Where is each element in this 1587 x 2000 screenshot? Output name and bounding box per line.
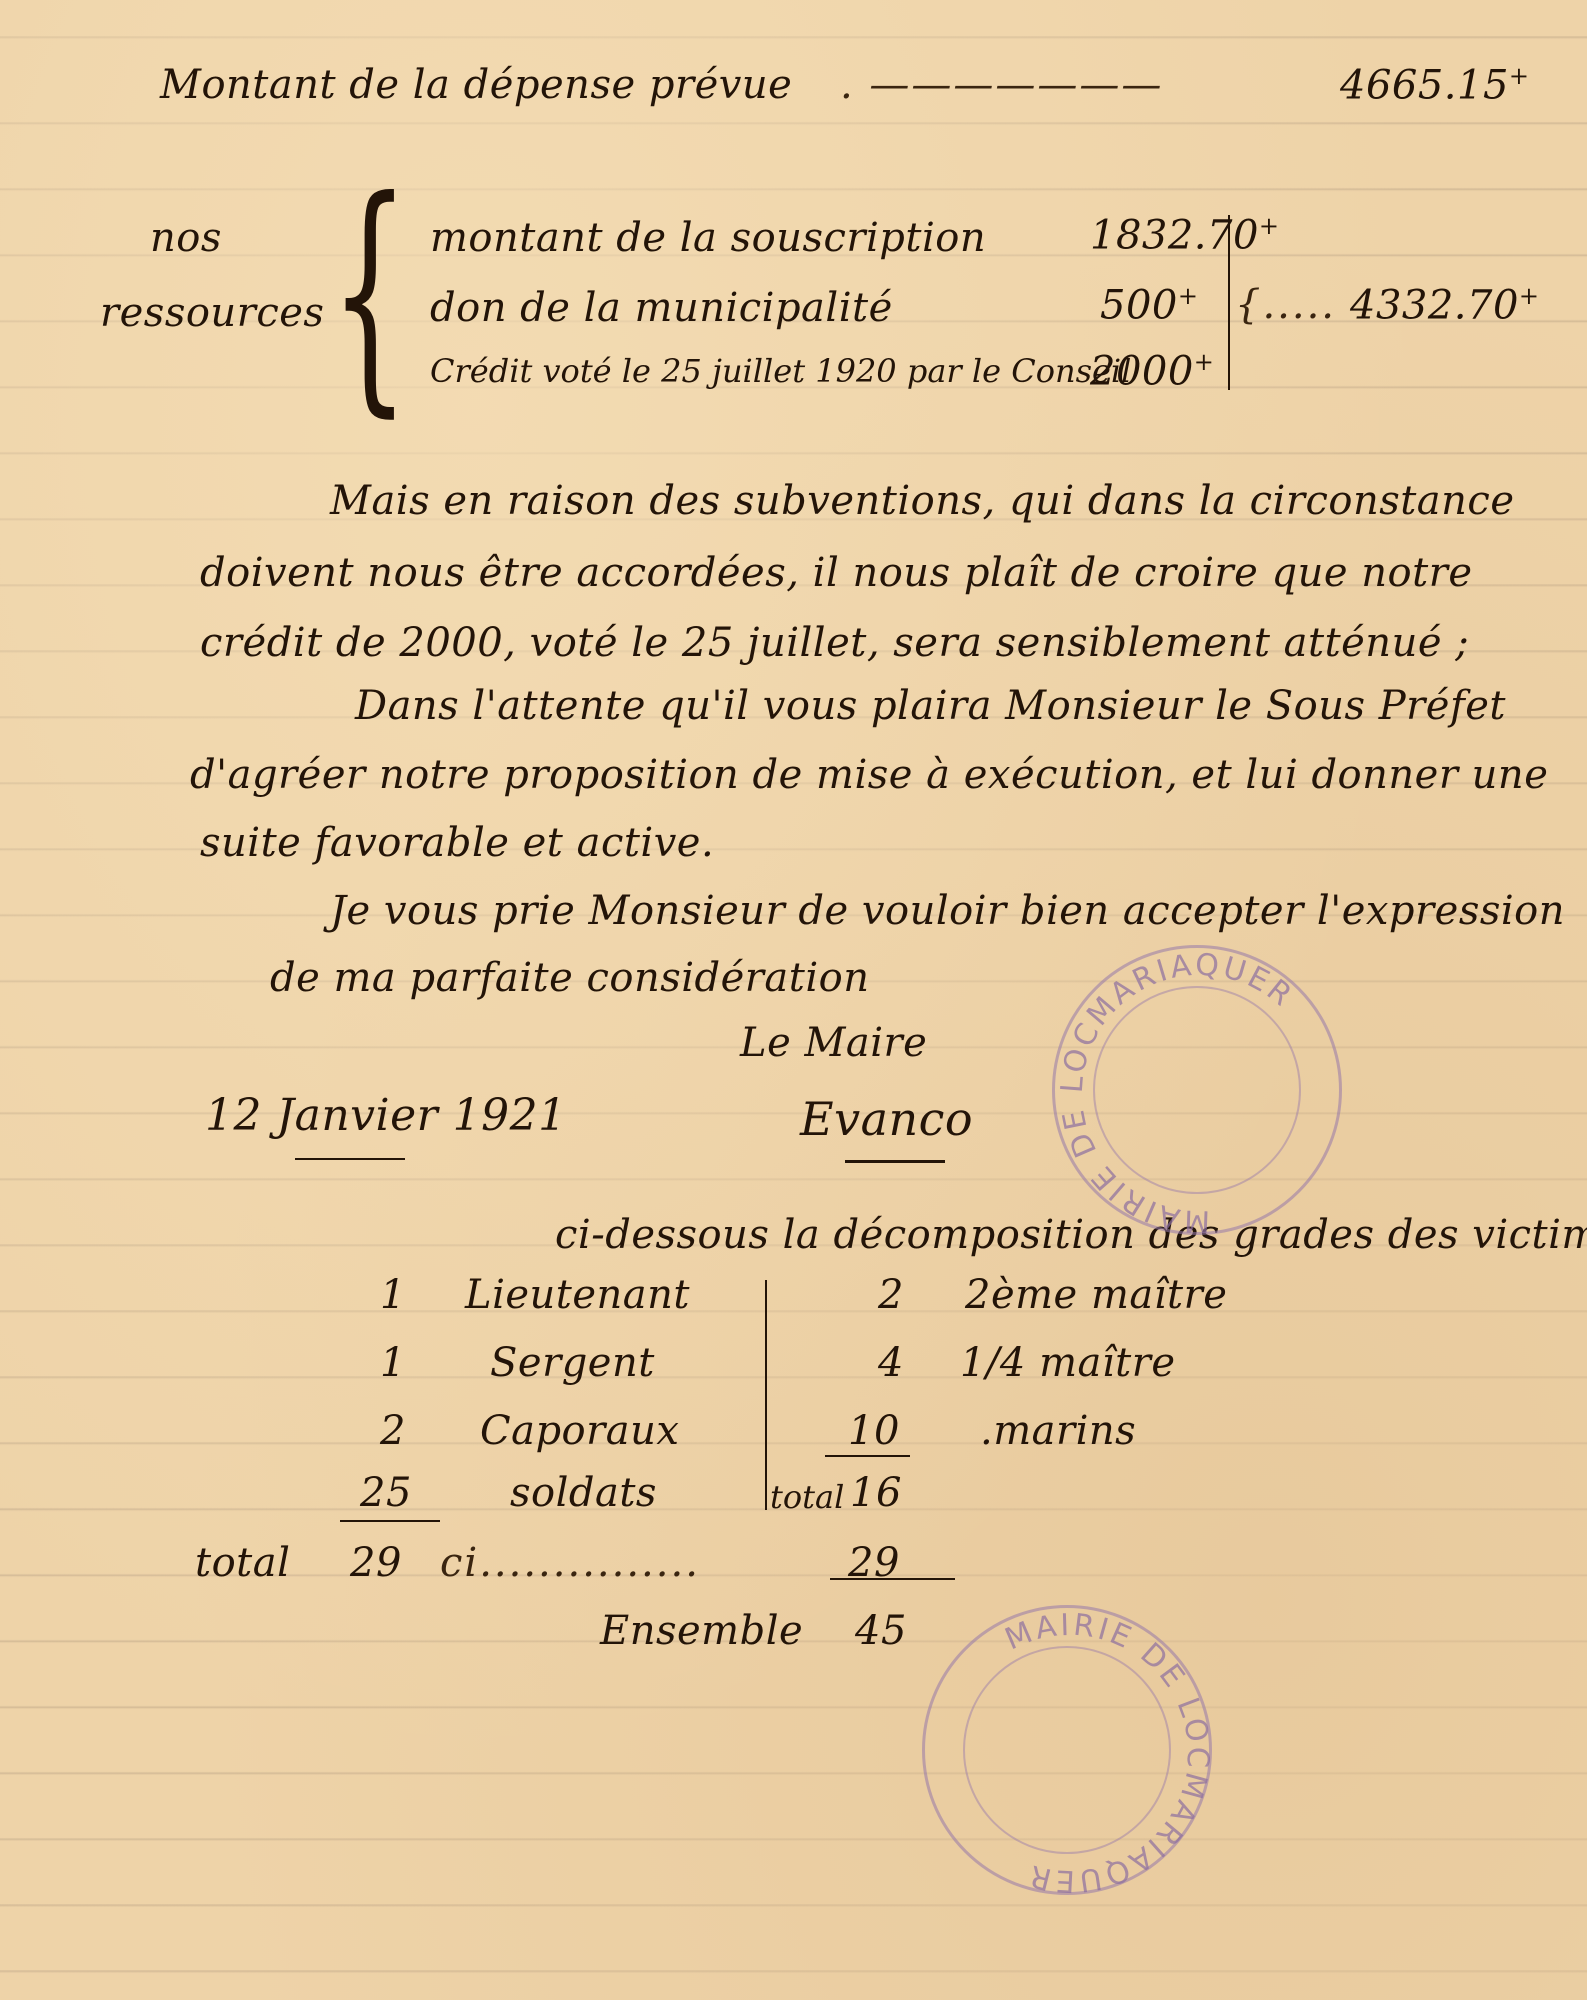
resources-label-line2: ressources: [100, 290, 324, 336]
resource-label-3: Crédit voté le 25 juillet 1920 par le Co…: [430, 352, 1131, 390]
signature-title: Le Maire: [740, 1020, 927, 1066]
army-grade-2: Sergent: [490, 1340, 655, 1386]
army-total: 29: [350, 1540, 402, 1586]
paragraph-1-line-2: doivent nous être accordées, il nous pla…: [200, 550, 1473, 596]
army-grade-3: Caporaux: [480, 1408, 679, 1454]
svg-text:MAIRIE DE LOCMARIAQUER: MAIRIE DE LOCMARIAQUER: [925, 1608, 1215, 1898]
resource-amount-2: 500+: [1100, 282, 1198, 328]
resources-total-leader: {.....: [1235, 282, 1336, 328]
grand-total: 45: [855, 1608, 907, 1654]
signature-date: 12 Janvier 1921: [205, 1090, 567, 1141]
grand-sum-line: [830, 1578, 955, 1580]
resources-total-value: 4332.70: [1350, 282, 1519, 328]
navy-grade-3: .marins: [980, 1408, 1136, 1454]
grand-total-label: Ensemble: [600, 1608, 803, 1654]
resource-amount-3-mark: +: [1194, 348, 1215, 376]
resources-total-mark: +: [1519, 282, 1540, 310]
resource-amount-1-value: 1832.70: [1090, 212, 1259, 258]
paragraph-3-line-2: de ma parfaite considération: [270, 955, 870, 1001]
paragraph-2-line-2: d'agréer notre proposition de mise à exé…: [190, 752, 1548, 798]
wavy-divider: [765, 1280, 767, 1510]
paragraph-1-line-1: Mais en raison des subventions, qui dans…: [330, 478, 1514, 524]
resource-label-1: montant de la souscription: [430, 215, 986, 261]
army-grade-4: soldats: [510, 1470, 657, 1516]
resource-amount-3: 2000+: [1090, 348, 1214, 394]
mairie-stamp-lower: MAIRIE DE LOCMARIAQUER: [922, 1605, 1212, 1895]
resources-total: 4332.70+: [1350, 282, 1540, 328]
signature-name: Evanco: [800, 1092, 973, 1146]
expense-amount-mark: +: [1509, 62, 1530, 90]
resource-amount-1-mark: +: [1259, 212, 1280, 240]
resource-amount-2-value: 500: [1100, 282, 1178, 328]
resource-label-2: don de la municipalité: [430, 285, 893, 331]
expense-leader: . ———————: [840, 62, 1163, 108]
army-count-3: 2: [380, 1408, 406, 1454]
paragraph-2-line-3: suite favorable et active.: [200, 820, 714, 866]
stamp-text-ring: MAIRIE DE LOCMARIAQUER: [1055, 948, 1345, 1238]
date-underline: [295, 1158, 405, 1160]
paragraph-2-line-1: Dans l'attente qu'il vous plaira Monsieu…: [355, 683, 1506, 729]
mairie-stamp-upper: MAIRIE DE LOCMARIAQUER: [1052, 945, 1342, 1235]
right-bracket-line: [1228, 215, 1230, 390]
army-sum-line: [340, 1520, 440, 1522]
paragraph-3-line-1: Je vous prie Monsieur de vouloir bien ac…: [330, 888, 1565, 934]
navy-count-3: 10: [848, 1408, 900, 1454]
expense-amount: 4665.15+: [1340, 62, 1530, 108]
resources-label-line1: nos: [150, 215, 222, 261]
army-count-1: 1: [380, 1272, 406, 1318]
expense-label: Montant de la dépense prévue: [160, 62, 792, 108]
army-count-4: 25: [360, 1470, 412, 1516]
resource-amount-3-value: 2000: [1090, 348, 1194, 394]
resource-amount-2-mark: +: [1178, 282, 1199, 310]
army-total-leader: ci...............: [440, 1540, 700, 1586]
left-brace: {: [330, 168, 410, 418]
svg-text:MAIRIE DE LOCMARIAQUER: MAIRIE DE LOCMARIAQUER: [1055, 948, 1321, 1238]
navy-sum-line: [825, 1455, 910, 1457]
signature-flourish: [845, 1160, 945, 1163]
army-total-label: total: [195, 1540, 290, 1586]
navy-total-label: total: [770, 1478, 844, 1516]
army-count-2: 1: [380, 1340, 406, 1386]
navy-total: 16: [850, 1470, 902, 1516]
navy-grade-2: 1/4 maître: [960, 1340, 1176, 1386]
expense-amount-value: 4665.15: [1340, 62, 1509, 108]
navy-count-2: 4: [878, 1340, 904, 1386]
stamp-text-ring: MAIRIE DE LOCMARIAQUER: [925, 1608, 1215, 1898]
navy-grade-1: 2ème maître: [965, 1272, 1227, 1318]
navy-count-1: 2: [878, 1272, 904, 1318]
army-grade-1: Lieutenant: [465, 1272, 690, 1318]
paragraph-1-line-3: crédit de 2000, voté le 25 juillet, sera…: [200, 620, 1469, 666]
resource-amount-1: 1832.70+: [1090, 212, 1280, 258]
